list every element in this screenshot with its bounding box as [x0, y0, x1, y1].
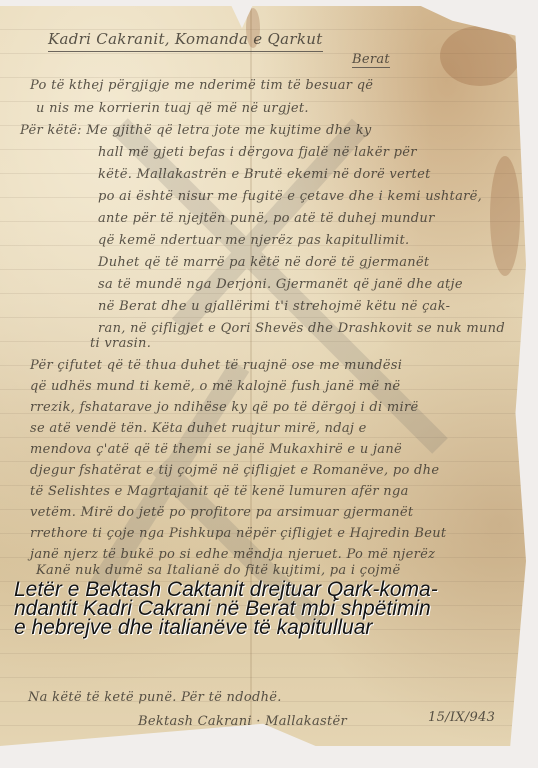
body-line: që kemë ndertuar me njerëz pas kapitulli… [98, 233, 409, 248]
photo-caption: Letër e Bektash Caktanit drejtuar Qark-k… [14, 580, 534, 637]
body-line: po ai është nisur me fugitë e çetave dhe… [98, 189, 482, 204]
body-line: se atë vendë tën. Këta duhet ruajtur mir… [30, 421, 367, 436]
body-line: mendova ç'atë që të themi se janë Mukaxh… [30, 442, 402, 457]
body-line: janë njerz të bukë po si edhe mëndja nje… [30, 547, 435, 562]
stain [490, 156, 520, 276]
body-line: vetëm. Mirë do jetë po profitore pa arsi… [30, 505, 413, 520]
body-line: Për çifutet që të thua duhet të ruajnë o… [30, 358, 402, 373]
body-line: djegur fshatërat e tij çojmë në çifligje… [30, 463, 439, 478]
caption-line: e hebrejve dhe italianëve të kapitulluar [14, 618, 534, 637]
body-line: ti vrasin. [90, 336, 151, 351]
body-line: të Selishtes e Magrtajanit që të kenë lu… [30, 484, 409, 499]
body-line: hall më gjeti befas i dërgova fjalë në l… [98, 145, 417, 160]
letter-place: Berat [352, 52, 390, 68]
body-line: rrezik, fshatarave jo ndihëse ky që po t… [30, 400, 418, 415]
body-line: sa të mundë nga Derjoni. Gjermanët që ja… [98, 277, 463, 292]
body-line: këtë. Mallakastrën e Brutë ekemi në dorë… [98, 167, 431, 182]
body-line: Duhet që të marrë pa këtë në dorë të gje… [98, 255, 429, 270]
body-line: Për këtë: Me gjithë që letra jote me kuj… [20, 123, 372, 138]
letter-signature: Bektash Cakrani · Mallakastër [138, 714, 347, 729]
letter-heading: Kadri Cakranit, Komanda e Qarkut [48, 30, 323, 52]
body-line: Po të kthej përgjigje me nderimë tim të … [30, 78, 373, 93]
body-line: u nis me korrierin tuaj që më në urgjet. [36, 101, 309, 116]
body-line: Kanë nuk dumë sa Italianë do fitë kujtim… [36, 563, 400, 578]
body-line: në Berat dhe u gjallërimi t'i strehojmë … [98, 299, 450, 314]
stain [440, 26, 520, 86]
body-line: që udhës mund ti kemë, o më kalojnë fush… [30, 379, 400, 394]
body-line: ran, në çifligjet e Qori Shevës dhe Dras… [98, 321, 505, 336]
body-line: ante për të njejtën punë, po atë të duhe… [98, 211, 435, 226]
letter-date: 15/IX/943 [428, 710, 495, 725]
body-line: rrethore ti çoje nga Pishkupa nëpër çifl… [30, 526, 446, 541]
body-line: Na këtë të ketë punë. Për të ndodhë. [28, 690, 282, 705]
